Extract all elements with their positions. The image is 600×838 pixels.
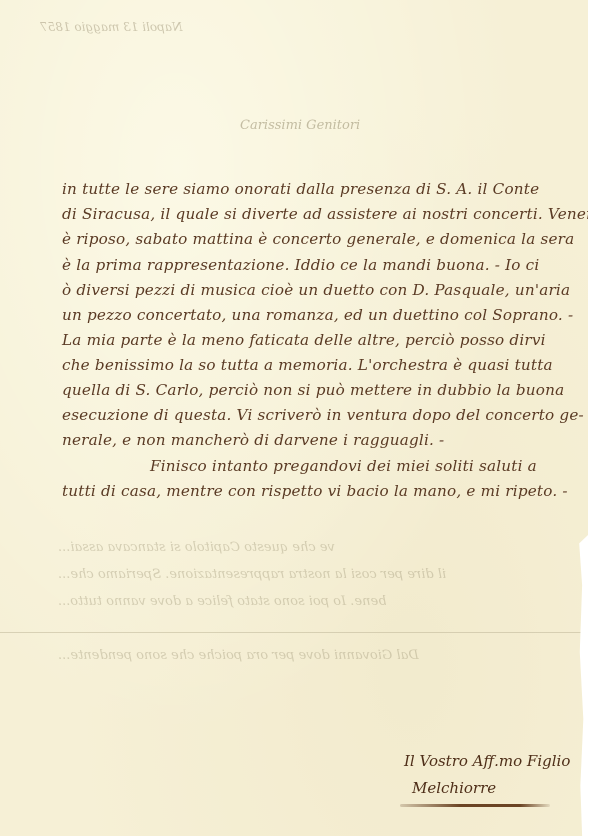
- bleed-through-line: bene. Io poi sono stato felice a dove va…: [58, 594, 387, 609]
- bleed-through-line: il dire per cosi la nostra rappresentazi…: [58, 567, 446, 582]
- letter-line: che benissimo la so tutta a memoria. L'o…: [62, 356, 553, 374]
- paper-fold-line: [0, 632, 588, 633]
- letter-line: Finisco intanto pregandovi dei miei soli…: [150, 457, 537, 475]
- letter-line: è la prima rappresentazione. Iddio ce la…: [62, 256, 539, 274]
- letter-page: Napoli 13 maggio 1857 Carissimi Genitori…: [0, 0, 588, 836]
- letter-line: un pezzo concertato, una romanza, ed un …: [62, 306, 573, 324]
- letter-line: di Siracusa, il quale si diverte ad assi…: [62, 205, 600, 223]
- letter-line: nerale, e non mancherò di darvene i ragg…: [62, 431, 444, 449]
- bleed-through-date: Napoli 13 maggio 1857: [40, 20, 182, 34]
- closing-phrase: Il Vostro Aff.mo Figlio: [404, 752, 570, 770]
- signature: Melchiorre: [412, 779, 496, 797]
- letter-line: in tutte le sere siamo onorati dalla pre…: [62, 180, 539, 198]
- letter-line: esecuzione di questa. Vi scriverò in ven…: [62, 406, 584, 424]
- letter-line: è riposo, sabato mattina è concerto gene…: [62, 230, 574, 248]
- salutation-faint: Carissimi Genitori: [240, 118, 360, 133]
- signature-flourish: [400, 804, 550, 807]
- letter-line: tutti di casa, mentre con rispetto vi ba…: [62, 482, 568, 500]
- bleed-through-line: ve che questo Capitolo si stancava assai…: [58, 540, 335, 555]
- letter-line: quella di S. Carlo, perciò non si può me…: [62, 381, 564, 399]
- bleed-through-line: Dal Giovanni dove per ora poiche che son…: [58, 648, 419, 663]
- letter-line: La mia parte è la meno faticata delle al…: [62, 331, 546, 349]
- letter-line: ò diversi pezzi di musica cioè un duetto…: [62, 281, 570, 299]
